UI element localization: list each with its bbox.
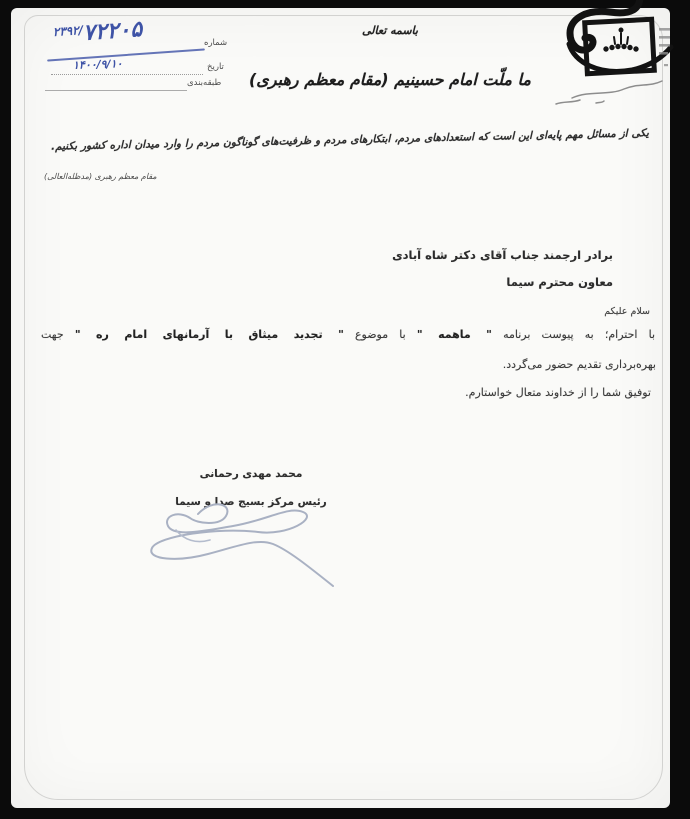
- body-paragraph-pre: با احترام؛ به پیوست برنامه: [503, 328, 655, 341]
- ref-date-label: تاریخ: [207, 62, 224, 72]
- logo-caption-script: [556, 81, 662, 104]
- recipient-line-2: معاون محترم سیما: [392, 269, 613, 296]
- signature-scribble: [136, 496, 371, 596]
- body-paragraph-end: جهت: [41, 328, 64, 341]
- recipient-line-1: برادر ارجمند جناب آقای دکتر شاه آبادی: [392, 242, 613, 269]
- ref-number-prefix: ۲۳۹۲/: [52, 23, 83, 39]
- logo-emblem: [604, 28, 638, 51]
- body-program-name: " ماهمه ": [417, 328, 492, 341]
- scanned-letter: { "ref": { "number_label": "شماره", "num…: [0, 0, 690, 819]
- bismillah-text: باسمه تعالی: [300, 24, 480, 37]
- body-line-3: توفیق شما را از خداوند متعال خواستارم.: [465, 386, 651, 399]
- ref-date-value: ۱۴۰۰/۹/۱۰: [73, 57, 123, 72]
- body-subject: " تجدید میثاق با آرمانهای امام ره ": [75, 328, 344, 341]
- ref-classification-label: طبقه‌بندی: [187, 78, 221, 88]
- slogan-attribution: مقام معظم رهبری (مدظله‌العالی): [44, 172, 157, 181]
- ref-date-line: [51, 74, 203, 75]
- letter-paper: شماره ۲۳۹۲/۷۲۲۰۵ تاریخ ۱۴۰۰/۹/۱۰ طبقه‌بن…: [11, 8, 670, 808]
- ref-number-value: ۲۳۹۲/۷۲۲۰۵: [52, 17, 143, 48]
- recipient-block: برادر ارجمند جناب آقای دکتر شاه آبادی مع…: [392, 242, 613, 296]
- salutation: سلام علیکم: [604, 306, 650, 317]
- body-paragraph-mid: با موضوع: [355, 328, 406, 341]
- ref-number-underline: [47, 48, 205, 61]
- body-line-2: بهره‌برداری تقدیم حضور می‌گردد.: [503, 358, 656, 371]
- signatory-name: محمد مهدی رحمانی: [131, 460, 371, 488]
- ref-classification-line: [45, 90, 187, 91]
- org-logo: [544, 0, 690, 122]
- yearly-slogan: یکی از مسائل مهم پایه‌ای این است که استع…: [51, 127, 649, 154]
- scan-background: شماره ۲۳۹۲/۷۲۲۰۵ تاریخ ۱۴۰۰/۹/۱۰ طبقه‌بن…: [0, 0, 690, 819]
- logo-swoosh: [570, 0, 640, 50]
- ref-number-main: ۷۲۲۰۵: [82, 17, 143, 46]
- body-paragraph: با احترام؛ به پیوست برنامه " ماهمه " با …: [41, 328, 655, 342]
- ref-number-label: شماره: [204, 38, 227, 48]
- letterhead-script: ما ملّت امام حسینیم (مقام معظم رهبری): [230, 70, 550, 89]
